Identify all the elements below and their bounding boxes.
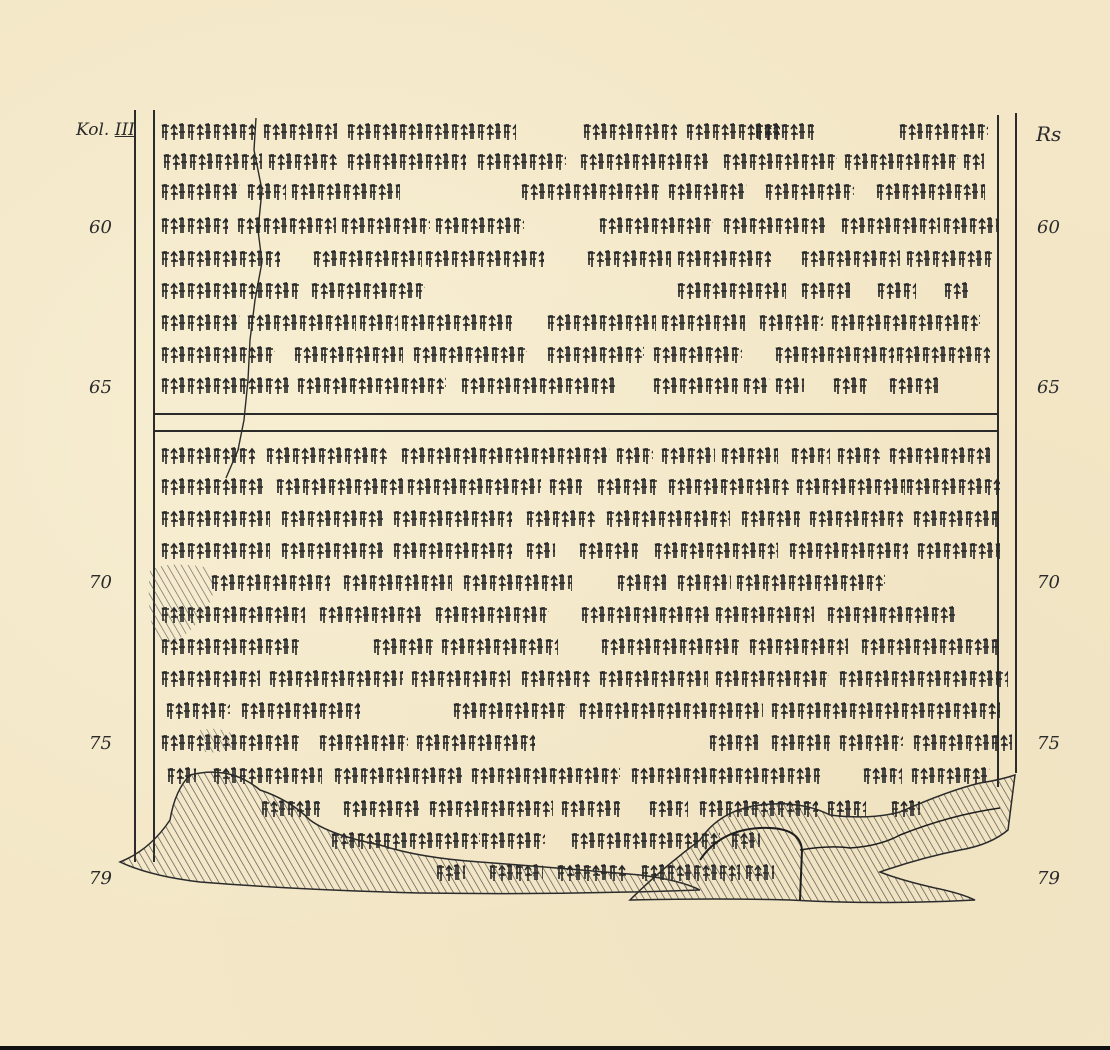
page-bottom-edge [0,1046,1110,1050]
tablet-damage-hatching [0,0,1110,1050]
